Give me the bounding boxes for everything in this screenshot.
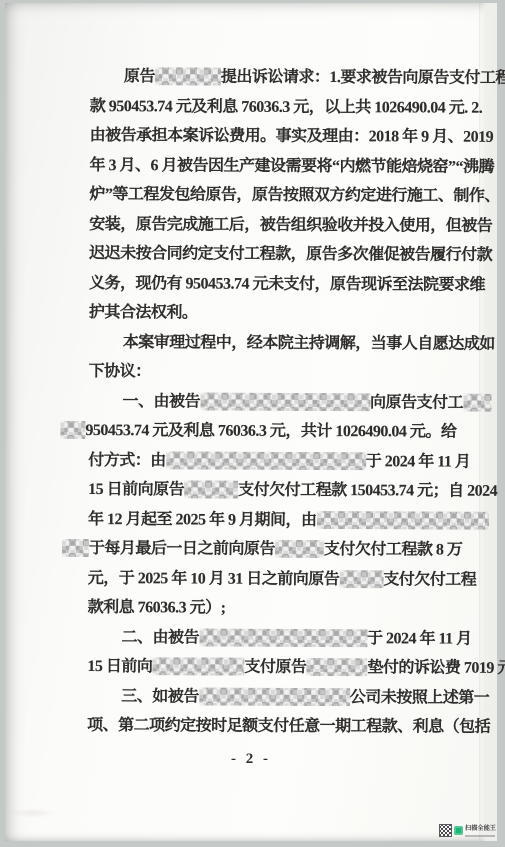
text-line: 安装，原告完成施工后，被告组织验收并投入使用，但被告 [89, 209, 491, 240]
text-segment: 项、第二项约定按时足额支付任意一期工程款、利息（包括 [87, 717, 490, 736]
text-line: 由被告承担本案诉讼费用。事实及理由：2018 年 9 月、2019 [90, 121, 492, 152]
text-segment: 安装，原告完成施工后，被告组织验收并投入使用，但被告 [89, 215, 492, 234]
text-line: 本案审理过程中，经本院主持调解，当事人自愿达成如 [89, 327, 491, 358]
text-line: 义务，现仍有 950453.74 元未支付，原告现诉至法院要求维 [89, 268, 491, 299]
redaction-block [199, 687, 350, 706]
text-segment: 950453.74 元及利息 76036.3 元，共计 1026490.04 元… [85, 422, 456, 441]
text-segment: 年 3 月、6 月被告因生产建设需要将“内燃节能焙烧窑”“沸腾 [90, 156, 495, 175]
text-segment: 支付原告 [244, 659, 306, 676]
text-segment: 款 950453.74 元及利息 76036.3 元，以上共 1026490.0… [90, 97, 483, 116]
text-segment: 年 12 月起至 2025 年 9 月期间，由 [88, 510, 317, 528]
redaction-block [200, 392, 370, 411]
text-segment: 支付欠付工程款 8 万 [324, 541, 463, 559]
text-segment: 元，于 2025 年 10 月 31 日之前向原告 [88, 569, 340, 587]
redaction-block [199, 628, 367, 647]
redaction-block [275, 540, 324, 558]
text-line: 年 12 月起至 2025 年 9 月期间，由 [88, 504, 490, 535]
text-segment: 炉”等工程发包给原告，原告按照双方约定进行施工、制作、 [89, 186, 500, 205]
qr-code-icon [439, 824, 452, 837]
text-line: 15 日前向支付原告垫付的诉讼费 7019 元; [87, 652, 489, 683]
text-line: 炉”等工程发包给原告，原告按照双方约定进行施工、制作、 [89, 180, 491, 211]
text-segment: 于 2024 年 11 月 [366, 453, 471, 470]
text-line: 三、如被告公司未按照上述第一 [87, 681, 489, 712]
text-line: 于每月最后一日之前向原告支付欠付工程款 8 万 [88, 534, 490, 565]
text-line: 原告提出诉讼请求：1.要求被告向原告支付工程 [90, 62, 492, 93]
redaction-block [339, 570, 383, 588]
text-segment: 二、由被告 [121, 629, 199, 646]
text-segment: 公司未按照上述第一 [350, 689, 490, 707]
text-line: 二、由被告于 2024 年 11 月 [87, 622, 489, 653]
redaction-block [62, 539, 89, 557]
redaction-block [306, 658, 367, 676]
text-line: 950453.74 元及利息 76036.3 元，共计 1026490.04 元… [88, 416, 490, 447]
scanned-page-photo: 原告提出诉讼请求：1.要求被告向原告支付工程款 950453.74 元及利息 7… [0, 0, 505, 847]
watermark-subtext-line [465, 835, 495, 837]
redaction-block [155, 67, 221, 85]
text-line: 迟迟未按合同约定支付工程款，原告多次催促被告履行付款 [89, 239, 491, 270]
watermark-brand-label: 扫描全能王 [465, 826, 475, 832]
text-segment: 垫付的诉讼费 7019 元; [367, 659, 505, 677]
text-segment: 一、由被告 [122, 393, 200, 410]
text-segment: 原告 [124, 68, 155, 85]
text-segment: 向原告支付工 [370, 394, 463, 411]
text-line: 15 日前向原告支付欠付工程款 150453.74 元；自 2024 [88, 475, 490, 506]
text-line: 一、由被告向原告支付工 [88, 386, 490, 417]
smudge-mark [9, 809, 55, 817]
watermark-text: 扫描全能王 [465, 824, 495, 837]
text-line: 护其合法权利。 [89, 298, 491, 329]
text-segment: 护其合法权利。 [89, 304, 198, 321]
text-segment: 款利息 76036.3 元）; [88, 599, 226, 617]
text-segment: 义务，现仍有 950453.74 元未支付，原告现诉至法院要求维 [89, 274, 485, 293]
text-segment: 于每月最后一日之前向原告 [89, 540, 275, 558]
text-line: 年 3 月、6 月被告因生产建设需要将“内燃节能焙烧窑”“沸腾 [89, 150, 491, 181]
text-line: 下协议： [89, 357, 491, 388]
text-segment: 支付欠付工程 [383, 571, 476, 588]
text-segment: 于 2024 年 11 月 [367, 630, 472, 647]
redaction-block [463, 393, 491, 411]
text-segment: 本案审理过程中，经本院主持调解，当事人自愿达成如 [123, 334, 495, 353]
document-text: 原告提出诉讼请求：1.要求被告向原告支付工程款 950453.74 元及利息 7… [87, 62, 492, 742]
camscanner-logo-icon [454, 826, 463, 835]
document-page: 原告提出诉讼请求：1.要求被告向原告支付工程款 950453.74 元及利息 7… [5, 3, 497, 841]
redaction-block [152, 657, 244, 675]
text-line: 款 950453.74 元及利息 76036.3 元，以上共 1026490.0… [90, 91, 492, 122]
redaction-block [60, 421, 85, 439]
text-segment: 提出诉讼请求：1.要求被告向原告支付工程 [221, 69, 505, 87]
text-line: 元，于 2025 年 10 月 31 日之前向原告支付欠付工程 [88, 563, 490, 594]
text-segment: 15 日前向原告 [88, 481, 184, 498]
text-line: 付方式：由于 2024 年 11 月 [88, 445, 490, 476]
page-number: - 2 - [5, 746, 497, 772]
text-segment: 付方式：由 [88, 451, 166, 468]
redaction-block [316, 510, 488, 529]
camscanner-watermark: 扫描全能王 [439, 824, 495, 837]
text-segment: 支付欠付工程款 150453.74 元；自 2024 [238, 482, 497, 500]
redaction-block [166, 451, 366, 470]
text-segment: 下协议： [89, 363, 151, 380]
redaction-block [184, 480, 238, 498]
text-segment: 由被告承担本案诉讼费用。事实及理由：2018 年 9 月、2019 [90, 127, 494, 146]
text-segment: 迟迟未按合同约定支付工程款，原告多次催促被告履行付款 [89, 245, 492, 264]
text-segment: 15 日前向 [87, 658, 152, 675]
text-line: 款利息 76036.3 元）; [88, 593, 490, 624]
text-line: 项、第二项约定按时足额支付任意一期工程款、利息（包括 [87, 711, 489, 742]
text-segment: 三、如被告 [121, 688, 199, 705]
